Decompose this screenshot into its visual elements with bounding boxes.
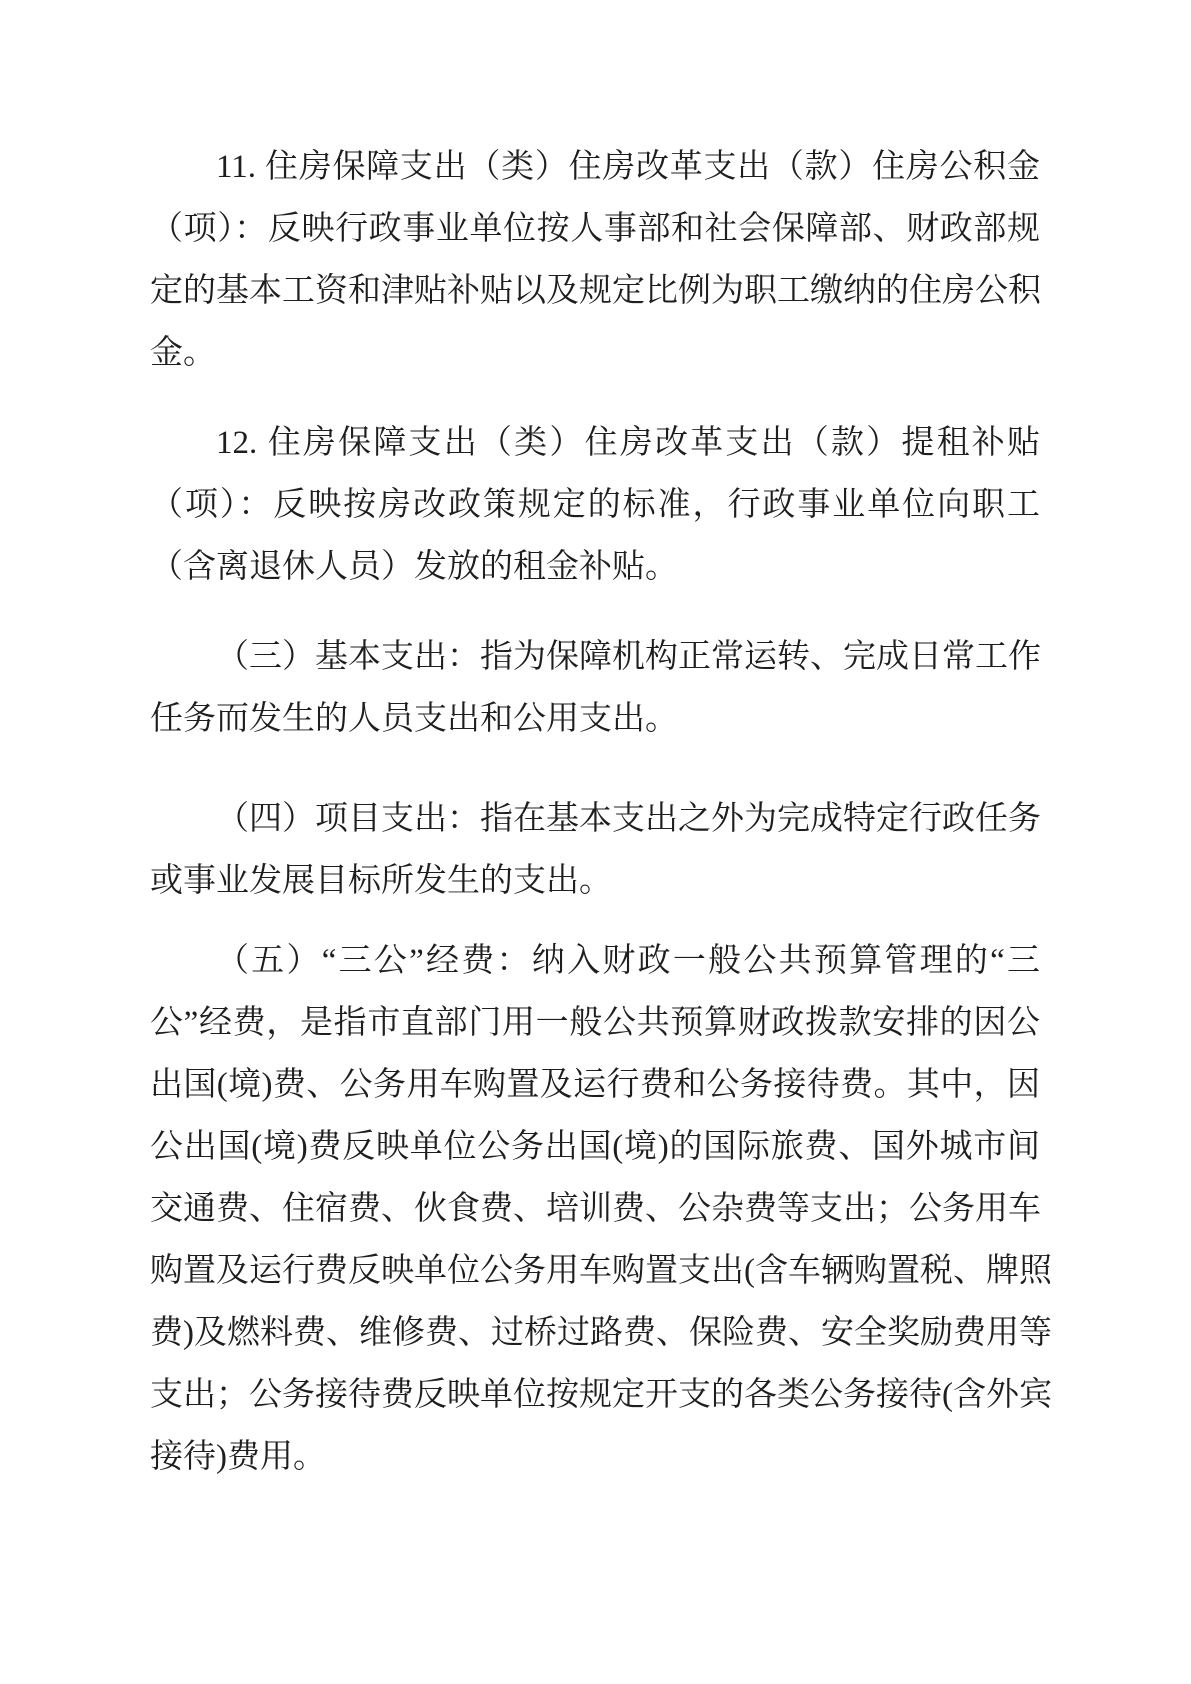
document-content: 11. 住房保障支出（类）住房改革支出（款）住房公积金（项）：反映行政事业单位按… (150, 136, 1040, 1488)
text-line: 或事业发展目标所发生的支出。 (150, 850, 1040, 912)
text-line: （三）基本支出：指为保障机构正常运转、完成日常工作 (150, 626, 1040, 688)
text-line: 费)及燃料费、维修费、过桥过路费、保险费、安全奖励费用等 (150, 1302, 1040, 1364)
text-line: 接待)费用。 (150, 1426, 1040, 1488)
text-line: 金。 (150, 322, 1040, 384)
clause-3-basic-expenditure: （三）基本支出：指为保障机构正常运转、完成日常工作任务而发生的人员支出和公用支出… (150, 626, 1040, 750)
text-line: （五）“三公”经费：纳入财政一般公共预算管理的“三 (150, 930, 1040, 992)
text-line: 交通费、住宿费、伙食费、培训费、公杂费等支出；公务用车 (150, 1178, 1040, 1240)
text-line: 12. 住房保障支出（类）住房改革支出（款）提租补贴 (150, 412, 1040, 474)
text-line: （项）：反映按房改政策规定的标准，行政事业单位向职工 (150, 474, 1040, 536)
clause-11-housing-provident-fund: 11. 住房保障支出（类）住房改革支出（款）住房公积金（项）：反映行政事业单位按… (150, 136, 1040, 384)
text-line: 公出国(境)费反映单位公务出国(境)的国际旅费、国外城市间 (150, 1116, 1040, 1178)
clause-5-three-public-expenses: （五）“三公”经费：纳入财政一般公共预算管理的“三公”经费，是指市直部门用一般公… (150, 930, 1040, 1488)
text-line: （项）：反映行政事业单位按人事部和社会保障部、财政部规 (150, 198, 1040, 260)
text-line: 11. 住房保障支出（类）住房改革支出（款）住房公积金 (150, 136, 1040, 198)
text-line: 任务而发生的人员支出和公用支出。 (150, 688, 1040, 750)
text-line: 出国(境)费、公务用车购置及运行费和公务接待费。其中，因 (150, 1054, 1040, 1116)
text-line: 公”经费，是指市直部门用一般公共预算财政拨款安排的因公 (150, 992, 1040, 1054)
clause-4-project-expenditure: （四）项目支出：指在基本支出之外为完成特定行政任务或事业发展目标所发生的支出。 (150, 788, 1040, 912)
text-line: （含离退休人员）发放的租金补贴。 (150, 536, 1040, 598)
document-page: 11. 住房保障支出（类）住房改革支出（款）住房公积金（项）：反映行政事业单位按… (0, 0, 1191, 1684)
clause-12-rent-increase-subsidy: 12. 住房保障支出（类）住房改革支出（款）提租补贴（项）：反映按房改政策规定的… (150, 412, 1040, 598)
text-line: 支出；公务接待费反映单位按规定开支的各类公务接待(含外宾 (150, 1364, 1040, 1426)
text-line: （四）项目支出：指在基本支出之外为完成特定行政任务 (150, 788, 1040, 850)
text-line: 定的基本工资和津贴补贴以及规定比例为职工缴纳的住房公积 (150, 260, 1040, 322)
text-line: 购置及运行费反映单位公务用车购置支出(含车辆购置税、牌照 (150, 1240, 1040, 1302)
